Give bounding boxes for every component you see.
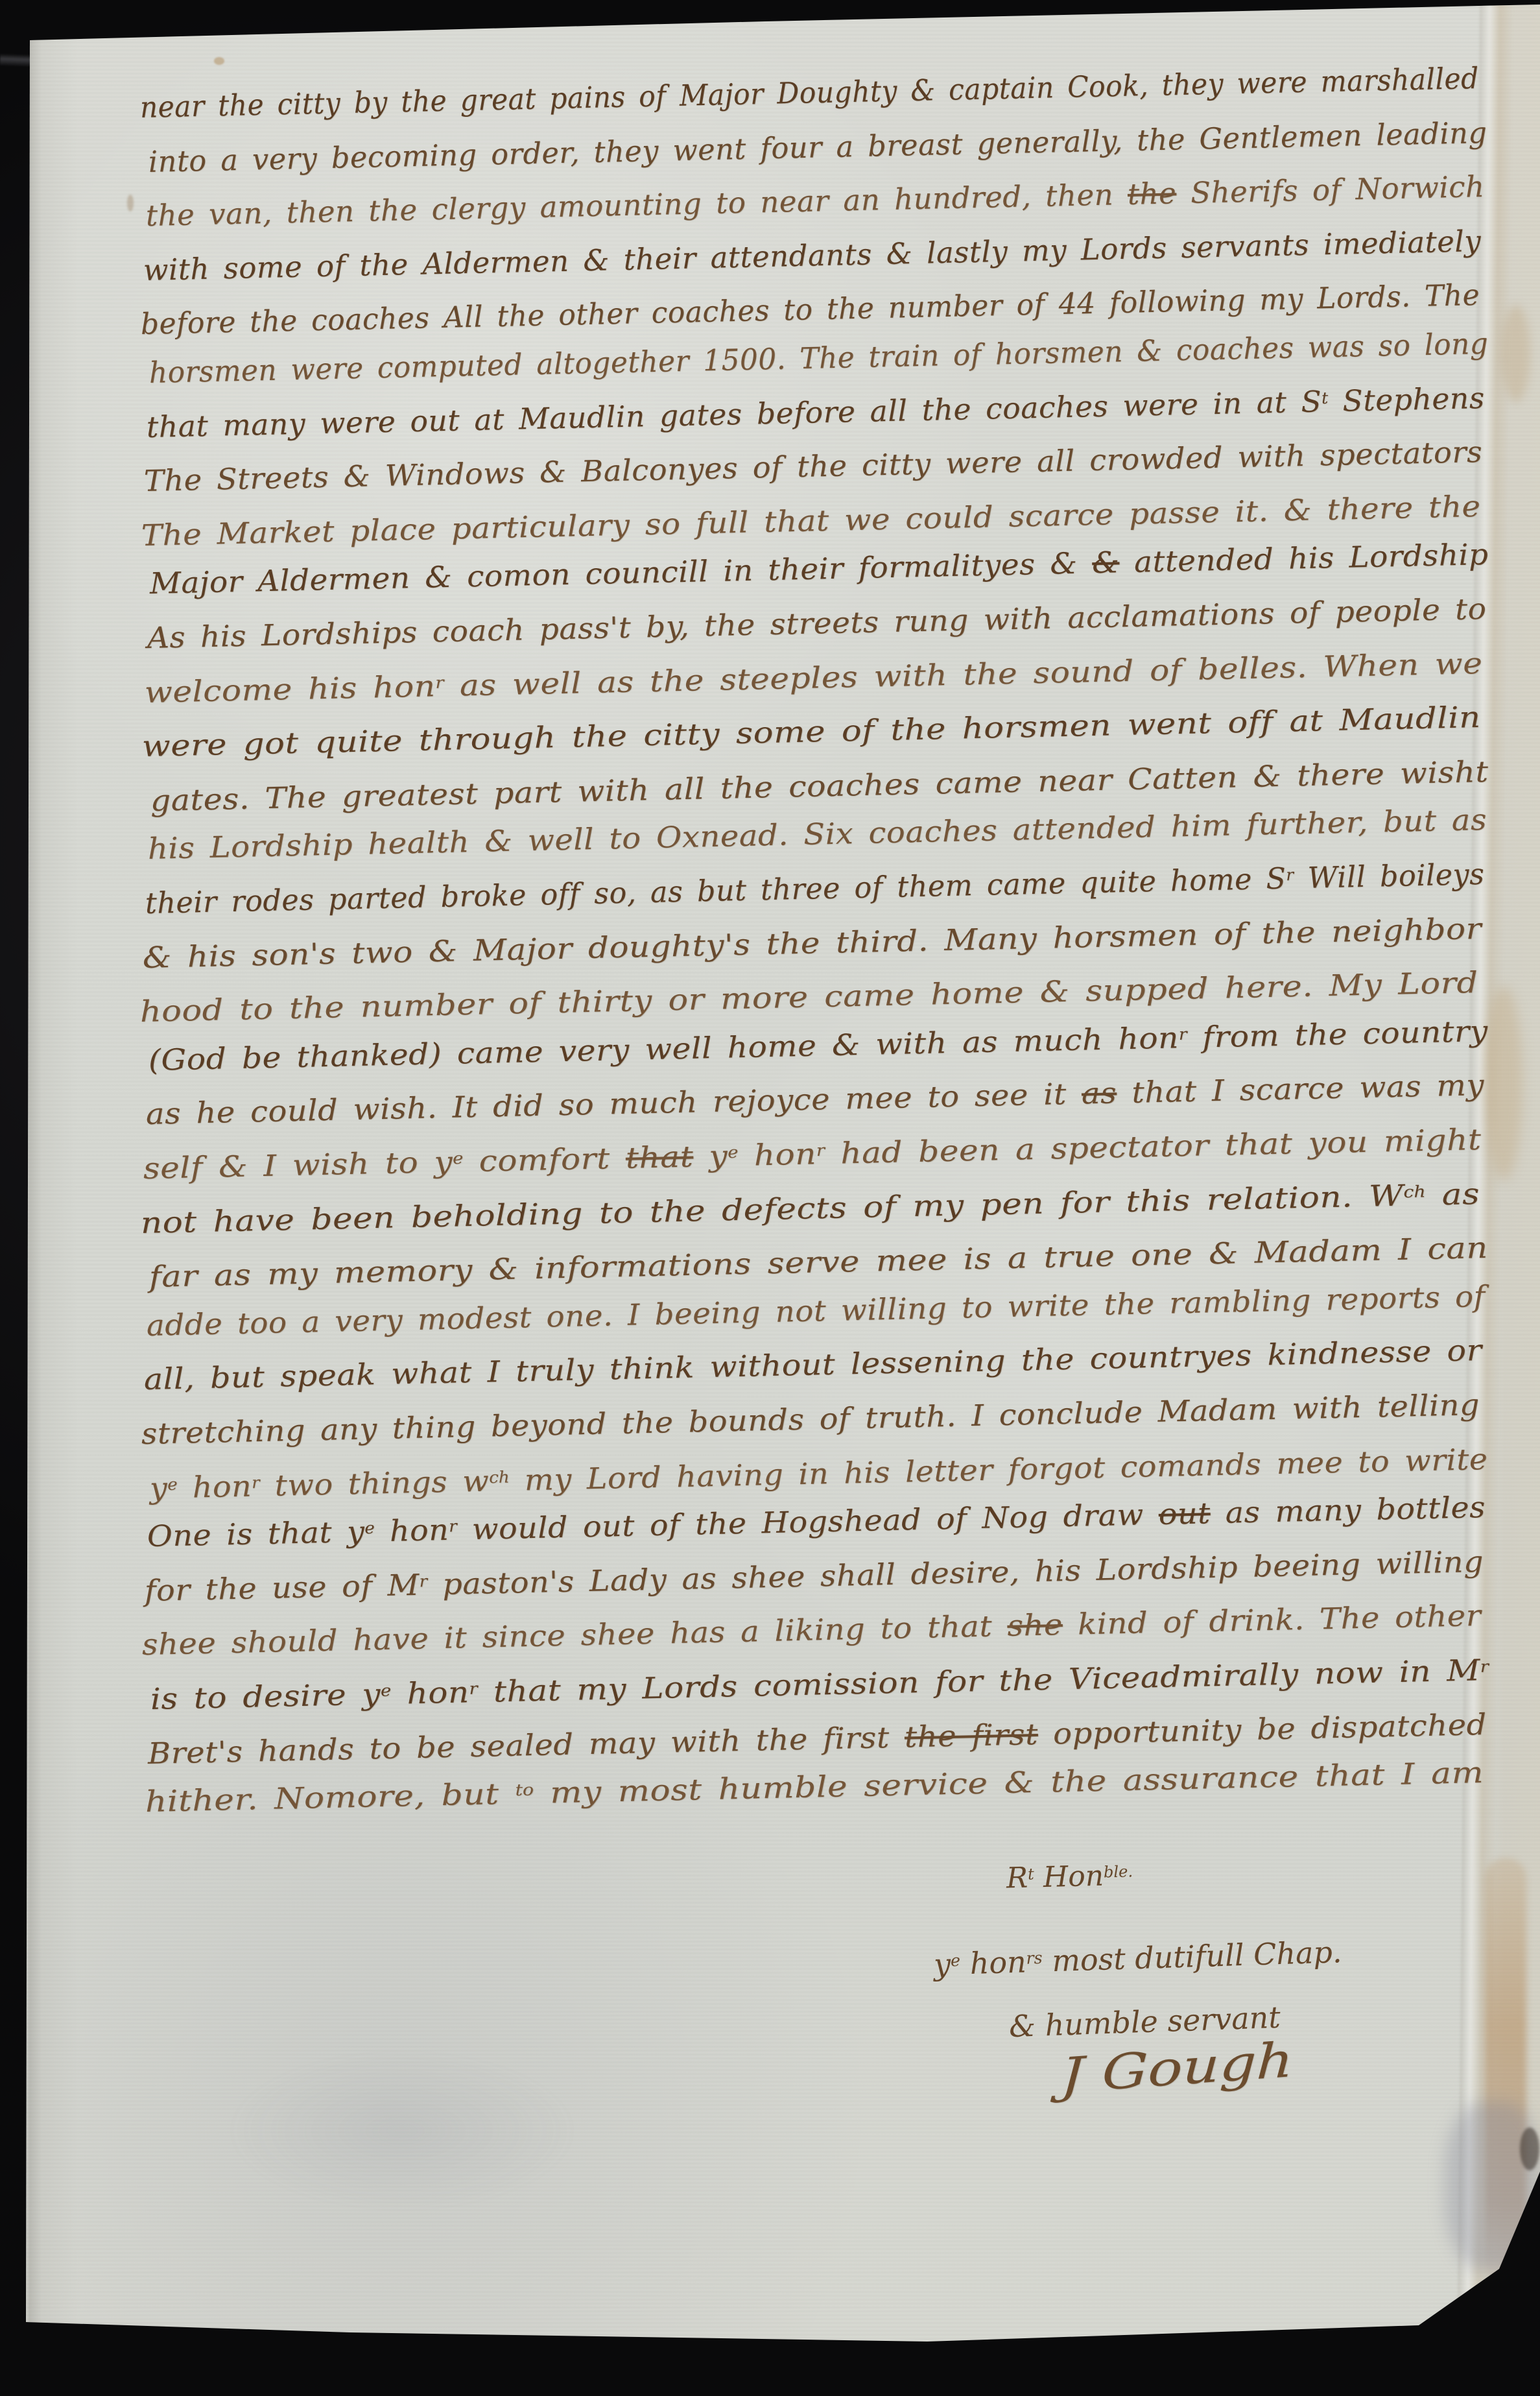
text-run: As his Lordships coach pass't by, the st… [147, 592, 1487, 655]
letter-page: near the citty by the great pains of Maj… [0, 0, 1540, 2396]
text-run: all, but speak what I truly think withou… [143, 1333, 1482, 1396]
text-run: y [693, 1138, 728, 1173]
superscript-abbrev: e [167, 1474, 178, 1493]
superscript-abbrev: e [381, 1681, 392, 1700]
letter-closing: Rt Honble. ye honrs most dutifull Chap. … [934, 1863, 1452, 2226]
text-run: stretching any thing beyond the bounds o… [141, 1387, 1480, 1451]
manuscript-line-10: Major Aldermen & comon councill in their… [149, 539, 1489, 599]
manuscript-line-20: as he could wish. It did so much rejoyce… [145, 1070, 1484, 1129]
closing-line-1: ye honrs most dutifull Chap. [933, 1937, 1342, 1980]
text-run: attended his Lordship [1119, 537, 1489, 579]
text-run: as well as the steeples with the sound o… [444, 646, 1483, 703]
text-run: as [1425, 1177, 1480, 1212]
struck-word: out [1158, 1496, 1211, 1531]
struck-word: as [1081, 1076, 1117, 1111]
superscript-abbrev: r [449, 1516, 457, 1535]
manuscript-line-3: the van, then the clergy amounting to ne… [145, 171, 1485, 231]
manuscript-line-4: with some of the Aldermen & their attend… [143, 226, 1481, 285]
manuscript-line-29: for the use of Mr paston's Lady as shee … [144, 1546, 1484, 1606]
text-run: the van, then the clergy amounting to ne… [145, 177, 1128, 233]
superscript-abbrev: t [1321, 388, 1329, 407]
text-run: that my Lords comission for the Viceadmi… [477, 1653, 1480, 1709]
manuscript-line-7: that many were out at Maudlin gates befo… [146, 383, 1485, 442]
manuscript-line-1: near the citty by the great pains of Maj… [139, 63, 1479, 123]
text-run: is to desire y [150, 1677, 381, 1716]
text-run: my Lord having in his letter forgot coma… [509, 1442, 1488, 1498]
superscript-abbrev: r [1480, 1657, 1489, 1676]
text-run: had been a spectator that you might [825, 1122, 1482, 1171]
manuscript-line-30: shee should have it since shee has a lik… [141, 1600, 1481, 1660]
stain-bottom-right-gray [1445, 2102, 1540, 2270]
text-run: (God be thanked) came very well home & w… [148, 1020, 1179, 1077]
paper-speck [214, 57, 224, 65]
manuscript-line-13: were got quite through the citty some of… [141, 702, 1481, 761]
superscript-abbrev: r [435, 673, 444, 691]
text-run: as he could wish. It did so much rejoyce… [145, 1077, 1082, 1131]
superscript-abbrev: e [728, 1143, 739, 1162]
text-run: into a very becoming order, they went fo… [148, 115, 1487, 179]
struck-word: she [1007, 1607, 1063, 1643]
manuscript-line-2: into a very becoming order, they went fo… [148, 117, 1487, 177]
text-run: that I scarce was my [1117, 1068, 1485, 1110]
superscript-abbrev: to [515, 1780, 534, 1800]
struck-word: the [1127, 176, 1176, 212]
manuscript-line-31: is to desire ye honr that my Lords comis… [150, 1655, 1489, 1714]
struck-word: the first [904, 1717, 1038, 1754]
text-run: Major Aldermen & comon councill in their… [149, 546, 1092, 601]
superscript-abbrev: e [951, 1951, 961, 1970]
text-run: kind of drink. The other [1062, 1598, 1481, 1642]
text-run: hon [374, 1513, 449, 1548]
text-run: as many bottles [1210, 1490, 1486, 1530]
manuscript-line-6: horsmen were computed altogether 1500. T… [148, 328, 1488, 388]
superscript-abbrev: ble. [1104, 1862, 1133, 1881]
photo-background: near the citty by the great pains of Maj… [0, 0, 1540, 2396]
text-run: One is that y [147, 1515, 365, 1553]
text-run: their rodes parted broke off so, as but … [145, 861, 1286, 920]
text-run: that many were out at Maudlin gates befo… [146, 384, 1321, 444]
text-run: hon [960, 1944, 1026, 1981]
text-run: from the country [1187, 1014, 1488, 1055]
closing-salutation: Rt Honble. [1006, 1861, 1133, 1893]
text-run: two things w [259, 1463, 490, 1503]
manuscript-line-22: not have been beholding to the defects o… [140, 1179, 1480, 1238]
text-run: Hon [1034, 1860, 1104, 1895]
letter-body: near the citty by the great pains of Maj… [145, 95, 1513, 1924]
text-run: most dutifull Chap. [1042, 1934, 1342, 1978]
text-run: my most humble service & the assurance t… [534, 1755, 1484, 1810]
text-run: shee should have it since shee has a lik… [141, 1609, 1008, 1662]
text-run: The Streets & Windows & Balconyes of the… [143, 435, 1482, 498]
text-run: Stephens [1328, 381, 1486, 418]
manuscript-line-8: The Streets & Windows & Balconyes of the… [143, 437, 1482, 496]
text-run: welcome his hon [144, 669, 436, 710]
signature: J Gough [1060, 2036, 1294, 2100]
text-run: for the use of M [144, 1568, 420, 1608]
superscript-abbrev: e [364, 1518, 375, 1537]
superscript-abbrev: r [469, 1679, 478, 1698]
superscript-abbrev: rs [1026, 1948, 1043, 1968]
text-run: hon [177, 1468, 252, 1504]
manuscript-line-24: adde too a very modest one. I beeing not… [146, 1281, 1486, 1341]
text-run: were got quite through the citty some of… [141, 700, 1481, 763]
text-run: y [149, 1470, 168, 1505]
text-run: paston's Lady as shee shall desire, his … [427, 1544, 1484, 1602]
text-run: not have been beholding to the defects o… [140, 1178, 1404, 1240]
manuscript-line-25: all, but speak what I truly think withou… [143, 1335, 1482, 1395]
manuscript-line-21: self & I wish to ye comfort that ye honr… [143, 1124, 1482, 1184]
text-run: Bret's hands to be sealed may with the f… [147, 1719, 905, 1770]
superscript-abbrev: r [252, 1473, 260, 1492]
superscript-abbrev: ch [1403, 1182, 1426, 1201]
superscript-abbrev: e [453, 1149, 464, 1168]
superscript-abbrev: r [419, 1572, 427, 1590]
text-run: with some of the Aldermen & their attend… [143, 224, 1481, 287]
struck-word: & [1092, 545, 1120, 581]
superscript-abbrev: r [1178, 1024, 1187, 1043]
text-run: near the citty by the great pains of Maj… [139, 61, 1479, 125]
superscript-abbrev: r [816, 1141, 825, 1160]
struck-word: that [625, 1139, 694, 1175]
text-run: R [1006, 1862, 1028, 1895]
manuscript-line-11: As his Lordships coach pass't by, the st… [147, 593, 1487, 653]
text-run: Will boileys [1294, 857, 1485, 895]
text-run: hon [738, 1136, 817, 1173]
manuscript-line-19: (God be thanked) came very well home & w… [148, 1016, 1488, 1075]
manuscript-line-17: & his son's two & Major doughty's the th… [142, 913, 1482, 973]
text-run: self & I wish to y [143, 1145, 453, 1186]
paper-speck [127, 195, 134, 211]
text-run: hon [391, 1675, 469, 1711]
stain-dark-spot [1520, 2127, 1539, 2170]
manuscript-line-12: welcome his honr as well as the steeples… [144, 648, 1482, 708]
manuscript-line-16: their rodes parted broke off so, as but … [145, 859, 1485, 918]
text-run: hither. Nomore, but [145, 1777, 515, 1819]
text-run: comfort [463, 1141, 626, 1179]
ink-showthrough [169, 2024, 635, 2238]
text-run: opportunity be dispatched [1037, 1707, 1487, 1751]
text-run: & his son's two & Major doughty's the th… [142, 911, 1482, 975]
text-run: Sherifs of Norwich [1176, 169, 1485, 210]
superscript-abbrev: ch [489, 1467, 510, 1487]
manuscript-line-26: stretching any thing beyond the bounds o… [141, 1389, 1480, 1449]
text-run: would out of the Hogshead of Nog draw [456, 1497, 1159, 1547]
text-run: y [933, 1947, 951, 1982]
